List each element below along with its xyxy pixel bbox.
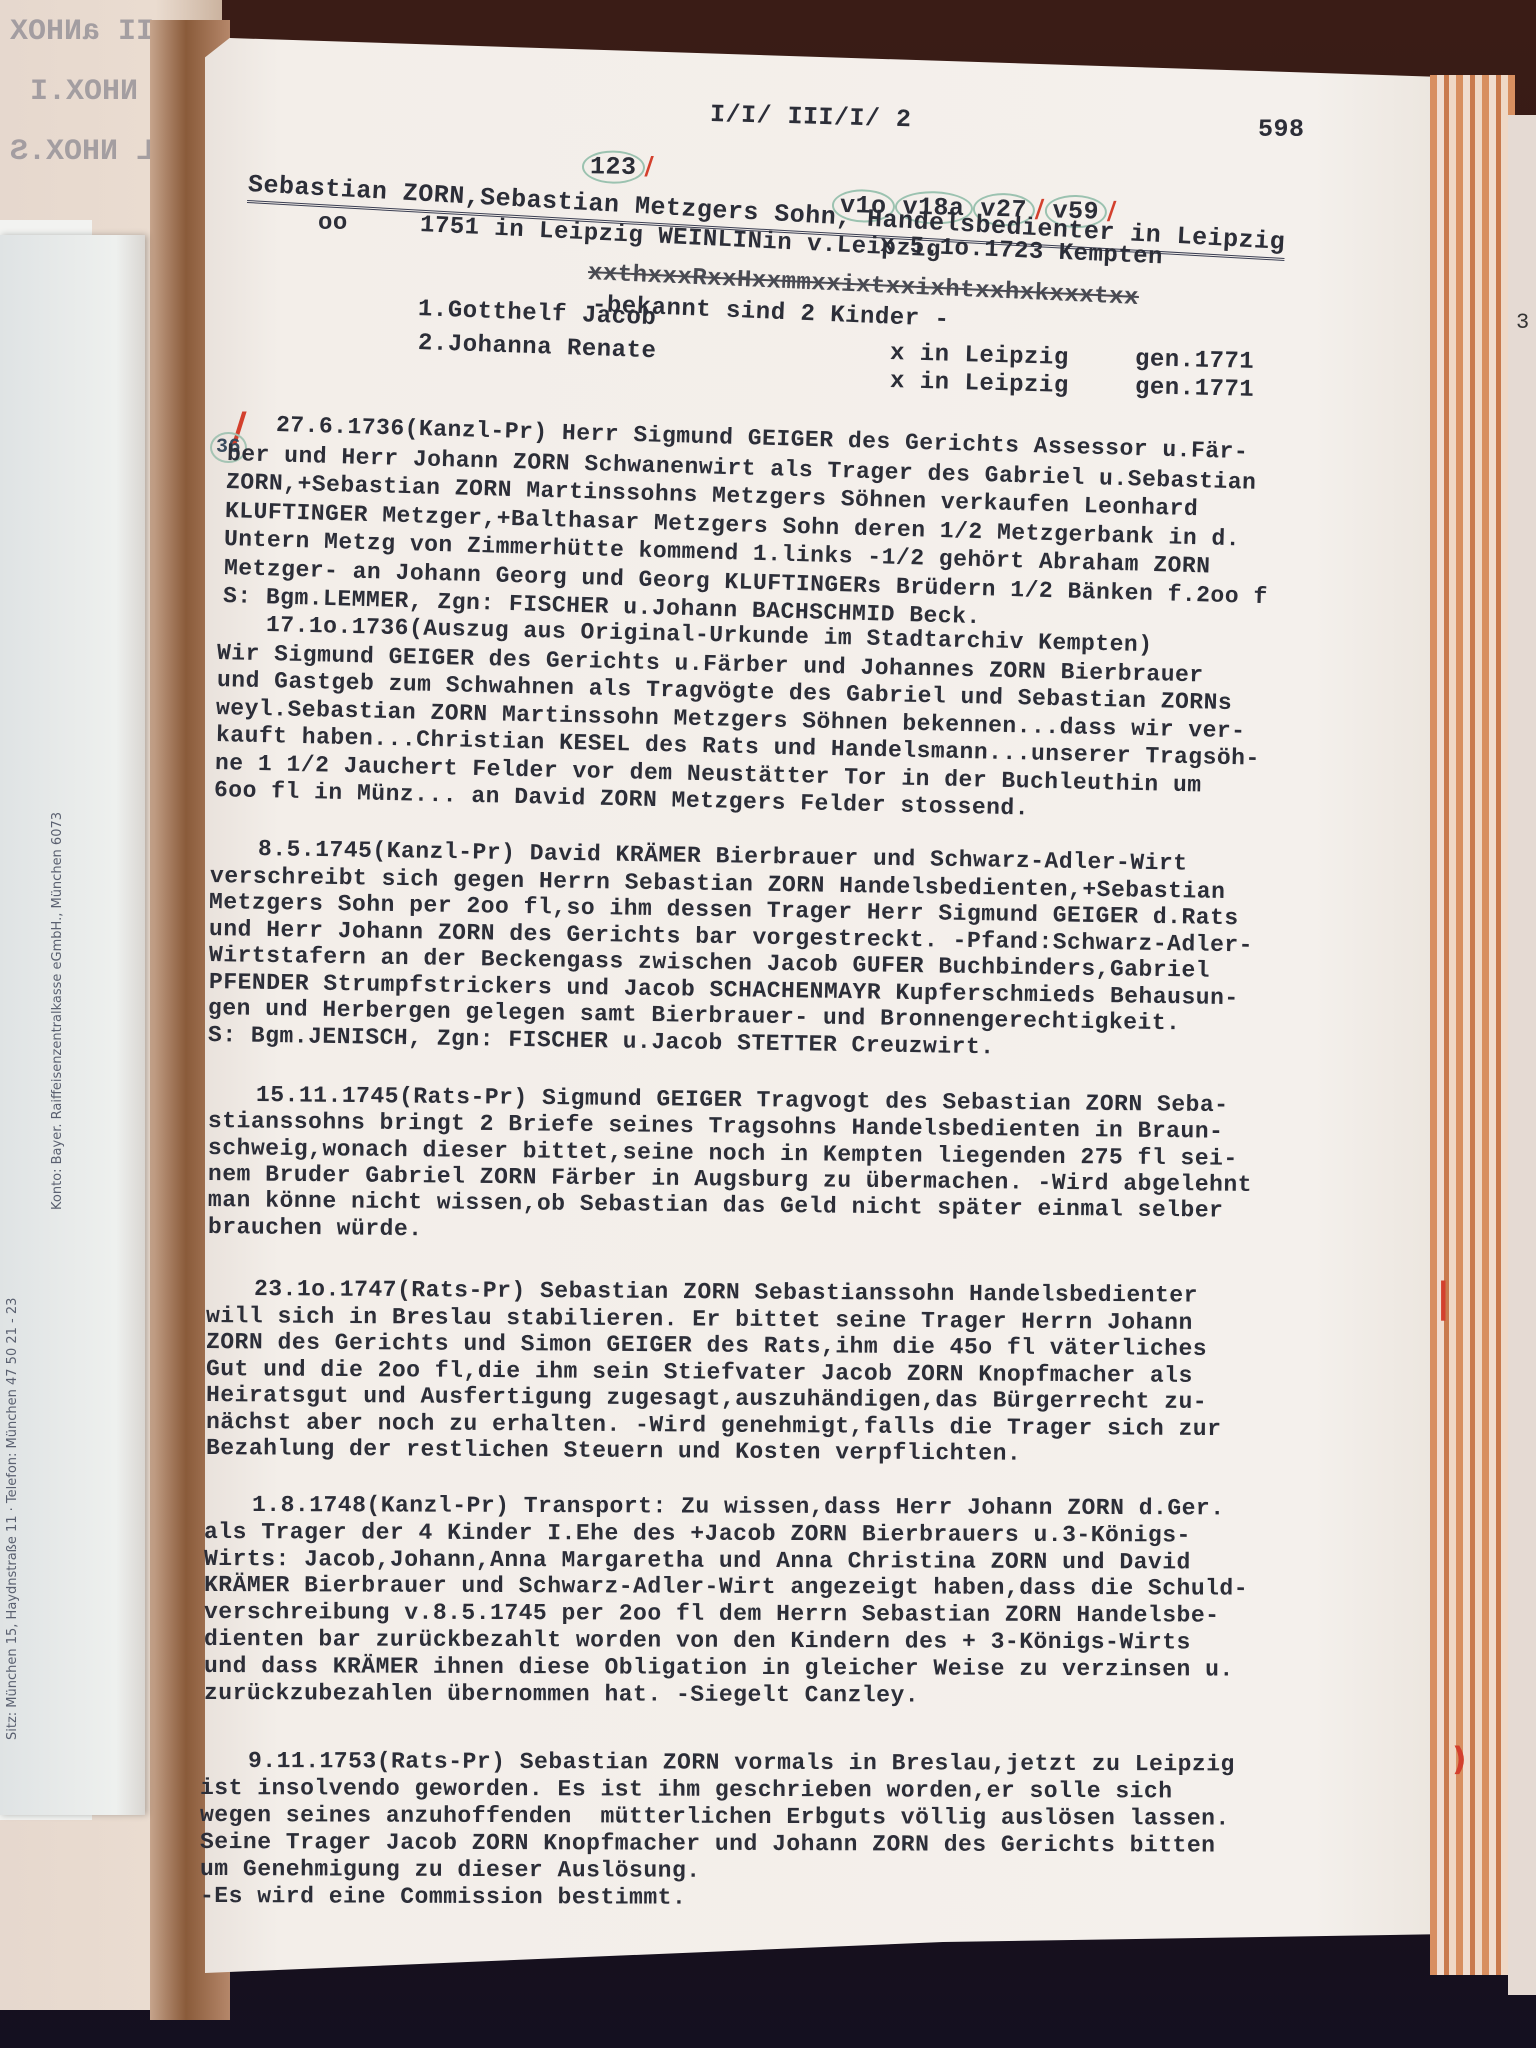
entry-line: als Trager der 4 Kinder I.Ehe des +Jacob… bbox=[204, 1519, 1191, 1548]
entry-heading-line: 1.8.1748(Kanzl-Pr) Transport: Zu wissen,… bbox=[252, 1492, 1225, 1521]
typed-text: 123/ I/I/ III/I/ 2 598 v1ov18av27/v59/ S… bbox=[0, 0, 1536, 2048]
page-ref-circle: 123 bbox=[582, 150, 645, 184]
red-margin-mark: ) bbox=[1452, 1740, 1467, 1778]
marriage-symbol: oo bbox=[318, 210, 348, 237]
child-place: x in Leipzig bbox=[890, 368, 1070, 400]
entry-heading-line: 9.11.1753(Rats-Pr) Sebastian ZORN vormal… bbox=[248, 1748, 1235, 1777]
child-name: 2.Johanna Renate bbox=[418, 330, 657, 365]
entry-line: verschreibung v.8.5.1745 per 2oo fl dem … bbox=[204, 1599, 1220, 1629]
entry-line: zurückzubezahlen übernommen hat. -Siegel… bbox=[204, 1680, 919, 1708]
entry-line: Seine Trager Jacob ZORN Knopfmacher und … bbox=[200, 1829, 1216, 1859]
entry-line: wegen seines anzuhoffenden mütterlichen … bbox=[200, 1802, 1230, 1832]
child-place: x in Leipzig bbox=[890, 340, 1070, 372]
entry-line: -Es wird eine Commission bestimmt. bbox=[200, 1883, 686, 1911]
entry-line: dienten bar zurückbezahlt worden von den… bbox=[204, 1626, 1191, 1655]
archive-ref: I/I/ III/I/ 2 bbox=[710, 100, 912, 134]
entry-line: ist insolvendo geworden. Es ist ihm gesc… bbox=[200, 1775, 1173, 1804]
entry-line: KRÄMER Bierbrauer und Schwarz-Adler-Wirt… bbox=[204, 1572, 1248, 1602]
child-note: gen.1771 bbox=[1135, 374, 1255, 404]
child-note: gen.1771 bbox=[1135, 346, 1255, 376]
entry-line: und dass KRÄMER ihnen diese Obligation i… bbox=[204, 1653, 1234, 1683]
entry-line: brauchen würde. bbox=[207, 1214, 422, 1242]
entry-line: Wirts: Jacob,Johann,Anna Margaretha und … bbox=[204, 1546, 1191, 1575]
red-margin-mark: | bbox=[1436, 1275, 1451, 1321]
red-check-mark: / bbox=[644, 151, 654, 180]
page-number: 598 bbox=[1258, 115, 1305, 144]
entry-line: Bezahlung der restlichen Steuern und Kos… bbox=[206, 1435, 1021, 1467]
entry-line: um Genehmigung zu dieser Auslösung. bbox=[200, 1856, 701, 1884]
